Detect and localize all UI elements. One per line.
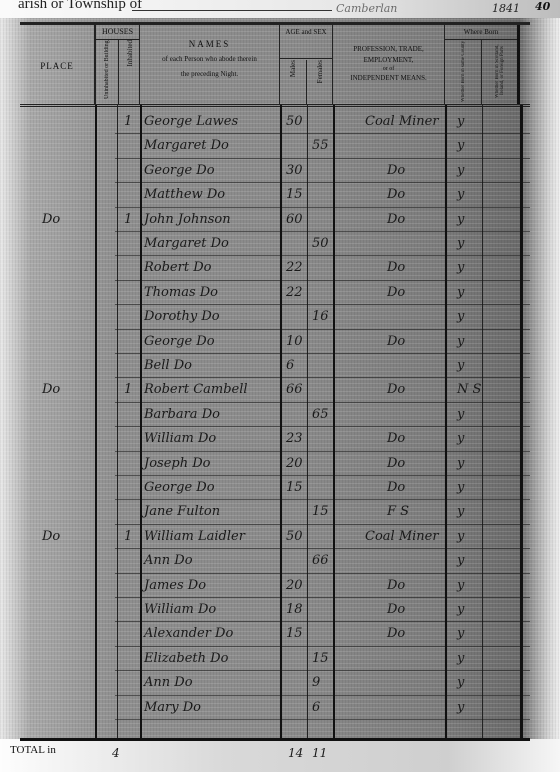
name-cell: Alexander Do — [144, 622, 233, 646]
male-age-cell: 22 — [286, 256, 303, 280]
header-place: PLACE — [20, 25, 95, 105]
born-cell: y — [457, 647, 464, 671]
female-age-cell: 6 — [312, 696, 320, 720]
header-where-born-label: Where Born — [445, 25, 517, 40]
male-age-cell: 23 — [286, 427, 303, 451]
born-cell: y — [457, 671, 464, 695]
inhabited-cell: 1 — [124, 208, 132, 232]
name-cell: Robert Do — [144, 256, 211, 280]
born-cell: y — [457, 281, 464, 305]
name-cell: Barbara Do — [144, 403, 220, 427]
name-cell: Elizabeth Do — [144, 647, 228, 671]
parish-line — [132, 10, 332, 11]
name-cell: John Johnson — [144, 208, 231, 232]
header-males-label: Males — [289, 60, 297, 77]
year: 1841 — [492, 2, 520, 15]
name-cell: Ann Do — [144, 671, 193, 695]
header-uninhabited: Uninhabited or Building — [96, 40, 119, 104]
header-females-label: Females — [316, 60, 324, 83]
male-age-cell: 50 — [286, 525, 303, 549]
header-profession: PROFESSION, TRADE, EMPLOYMENT, or of IND… — [333, 25, 445, 105]
inhabited-cell: 1 — [124, 525, 132, 549]
born-cell: y — [457, 696, 464, 720]
born-cell: y — [457, 256, 464, 280]
male-age-cell: 6 — [286, 354, 294, 378]
male-age-cell: 18 — [286, 598, 303, 622]
header-place-label: PLACE — [20, 61, 94, 71]
parish-label: arish or Township of — [18, 0, 142, 13]
top-handwritten-note: Camberlan — [336, 2, 397, 15]
header-profession-l1: PROFESSION, TRADE, — [333, 45, 444, 53]
name-cell: Margaret Do — [144, 232, 229, 256]
profession-cell: Do — [387, 427, 405, 451]
header-born-elsewhere: Whether Born in Scotland, Ireland, or Fo… — [482, 40, 518, 104]
female-age-cell: 16 — [312, 305, 329, 329]
male-age-cell: 60 — [286, 208, 303, 232]
born-cell: y — [457, 598, 464, 622]
profession-cell: Do — [387, 208, 405, 232]
female-age-cell: 9 — [312, 671, 320, 695]
name-cell: Joseph Do — [144, 452, 210, 476]
name-cell: Ann Do — [144, 549, 193, 573]
header-age-sex: AGE and SEX Males Females — [280, 25, 333, 105]
name-cell: William Laidler — [144, 525, 245, 549]
female-age-cell: 50 — [312, 232, 329, 256]
name-cell: Bell Do — [144, 354, 192, 378]
profession-cell: Do — [387, 622, 405, 646]
name-cell: George Do — [144, 159, 215, 183]
header-uninhabited-label: Uninhabited or Building — [104, 40, 110, 100]
header-age-title: AGE and SEX — [280, 25, 332, 59]
profession-cell: Do — [387, 378, 405, 402]
born-cell: y — [457, 525, 464, 549]
profession-cell: Coal Miner — [365, 525, 439, 549]
header-inhabited-label: Inhabited — [126, 40, 134, 66]
born-cell: y — [457, 500, 464, 524]
male-age-cell: 30 — [286, 159, 303, 183]
profession-cell: Do — [387, 330, 405, 354]
female-age-cell: 15 — [312, 647, 329, 671]
profession-cell: Do — [387, 598, 405, 622]
born-cell: y — [457, 427, 464, 451]
header-males: Males — [280, 60, 307, 104]
born-cell: y — [457, 305, 464, 329]
male-age-cell: 50 — [286, 110, 303, 134]
col-divider-males — [307, 105, 308, 755]
total-inhabited: 4 — [112, 746, 120, 760]
female-age-cell: 65 — [312, 403, 329, 427]
male-age-cell: 22 — [286, 281, 303, 305]
profession-cell: Coal Miner — [365, 110, 439, 134]
total-label: TOTAL in — [10, 744, 56, 756]
header-born-same-county: Whether Born in same County — [445, 40, 482, 104]
profession-cell: Do — [387, 159, 405, 183]
col-divider-right — [520, 105, 523, 755]
col-divider-age — [333, 105, 335, 755]
profession-cell: Do — [387, 574, 405, 598]
census-table: PLACE HOUSES Uninhabited or Building Inh… — [20, 22, 530, 767]
born-cell: N S — [457, 378, 481, 402]
born-cell: y — [457, 476, 464, 500]
header-names-sub1: of each Person who abode therein — [140, 55, 279, 63]
header-profession-l2: EMPLOYMENT, — [333, 56, 444, 64]
name-cell: George Do — [144, 476, 215, 500]
col-divider-houses — [140, 105, 142, 755]
header-inhabited: Inhabited — [119, 40, 141, 104]
profession-cell: Do — [387, 183, 405, 207]
name-cell: Margaret Do — [144, 134, 229, 158]
name-cell: Jane Fulton — [144, 500, 220, 524]
name-cell: Thomas Do — [144, 281, 218, 305]
name-cell: George Lawes — [144, 110, 238, 134]
born-cell: y — [457, 134, 464, 158]
name-cell: Robert Cambell — [144, 378, 248, 402]
male-age-cell: 15 — [286, 183, 303, 207]
col-divider-names — [280, 105, 282, 755]
name-cell: Dorothy Do — [144, 305, 220, 329]
name-cell: George Do — [144, 330, 215, 354]
census-page: arish or Township of Camberlan 1841 40 P… — [0, 0, 560, 772]
male-age-cell: 66 — [286, 378, 303, 402]
header-names-title: NAMES — [140, 39, 279, 49]
total-bar — [0, 739, 560, 772]
col-divider-place — [95, 105, 97, 755]
header-houses-label: HOUSES — [96, 25, 139, 40]
header-born-same-county-label: Whether Born in same County — [461, 40, 466, 102]
place-cell: Do — [42, 208, 60, 232]
male-age-cell: 15 — [286, 476, 303, 500]
male-age-cell: 20 — [286, 452, 303, 476]
born-cell: y — [457, 354, 464, 378]
profession-cell: Do — [387, 476, 405, 500]
born-cell: y — [457, 574, 464, 598]
born-cell: y — [457, 159, 464, 183]
header-profession-l4: INDEPENDENT MEANS. — [333, 74, 444, 82]
born-cell: y — [457, 208, 464, 232]
page-number: 40 — [535, 0, 550, 13]
born-cell: y — [457, 183, 464, 207]
col-divider-born — [482, 105, 483, 755]
born-cell: y — [457, 452, 464, 476]
header-where-born: Where Born Whether Born in same County W… — [445, 25, 520, 105]
place-cell: Do — [42, 525, 60, 549]
profession-cell: Do — [387, 452, 405, 476]
female-age-cell: 15 — [312, 500, 329, 524]
born-cell: y — [457, 549, 464, 573]
header-born-elsewhere-label: Whether Born in Scotland, Ireland, or Fo… — [495, 40, 505, 102]
header-females: Females — [307, 60, 333, 104]
name-cell: William Do — [144, 427, 216, 451]
col-divider-profession — [445, 105, 447, 755]
header-names: NAMES of each Person who abode therein t… — [140, 25, 280, 105]
header-names-sub2: the preceding Night. — [140, 70, 279, 78]
total-males: 14 — [288, 746, 303, 760]
born-cell: y — [457, 330, 464, 354]
name-cell: Matthew Do — [144, 183, 225, 207]
name-cell: James Do — [144, 574, 206, 598]
name-cell: Mary Do — [144, 696, 201, 720]
inhabited-cell: 1 — [124, 378, 132, 402]
col-divider-uninhabited — [117, 105, 118, 755]
header-profession-l3: or of — [333, 66, 444, 72]
female-age-cell: 55 — [312, 134, 329, 158]
profession-cell: F S — [387, 500, 409, 524]
male-age-cell: 15 — [286, 622, 303, 646]
place-cell: Do — [42, 378, 60, 402]
header-houses: HOUSES Uninhabited or Building Inhabited — [95, 25, 140, 105]
female-age-cell: 66 — [312, 549, 329, 573]
male-age-cell: 10 — [286, 330, 303, 354]
male-age-cell: 20 — [286, 574, 303, 598]
born-cell: y — [457, 403, 464, 427]
profession-cell: Do — [387, 281, 405, 305]
profession-cell: Do — [387, 256, 405, 280]
born-cell: y — [457, 622, 464, 646]
name-cell: William Do — [144, 598, 216, 622]
total-line — [20, 738, 530, 741]
inhabited-cell: 1 — [124, 110, 132, 134]
total-females: 11 — [312, 746, 327, 760]
born-cell: y — [457, 232, 464, 256]
born-cell: y — [457, 110, 464, 134]
